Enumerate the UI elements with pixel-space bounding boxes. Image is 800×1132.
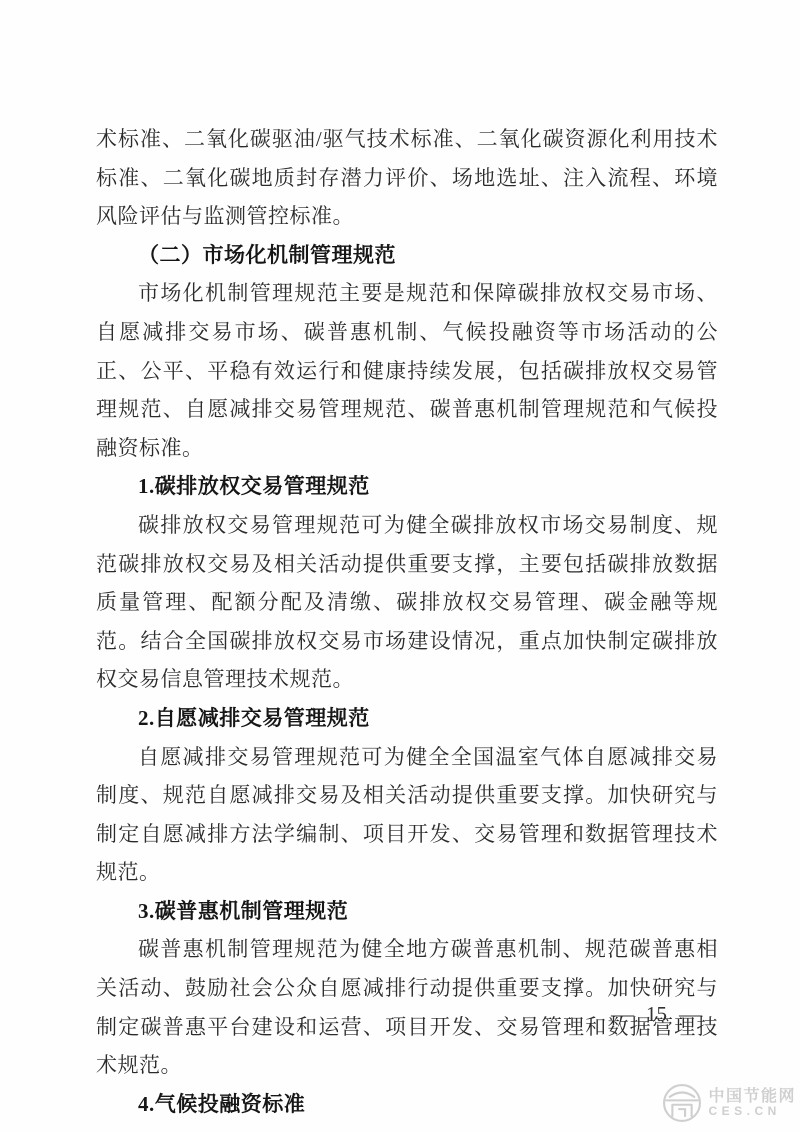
page-number: — 15 — [612, 1002, 701, 1027]
paragraph-voluntary-reduction-detail: 自愿减排交易管理规范可为健全全国温室气体自愿减排交易制度、规范自愿减排交易及相关… [96, 738, 718, 892]
paragraph-market-mechanism-overview: 市场化机制管理规范主要是规范和保障碳排放权交易市场、自愿减排交易市场、碳普惠机制… [96, 274, 718, 467]
document-body: 术标准、二氧化碳驱油/驱气技术标准、二氧化碳资源化利用技术标准、二氧化碳地质封存… [96, 120, 718, 1123]
watermark: 中国节能网 CES.CN [661, 1082, 796, 1124]
ces-logo-icon [661, 1082, 703, 1124]
section-heading-market-mechanism: （二）市场化机制管理规范 [96, 236, 718, 275]
watermark-site-domain: CES.CN [708, 1105, 796, 1118]
page-number-value: 15 [646, 1002, 667, 1027]
watermark-site-name: 中国节能网 [708, 1088, 796, 1106]
document-page: 术标准、二氧化碳驱油/驱气技术标准、二氧化碳资源化利用技术标准、二氧化碳地质封存… [0, 0, 800, 1132]
paragraph-emission-trading-detail: 碳排放权交易管理规范可为健全碳排放权市场交易制度、规范碳排放权交易及相关活动提供… [96, 506, 718, 699]
subheading-emission-trading: 1.碳排放权交易管理规范 [96, 467, 718, 506]
subheading-carbon-inclusion: 3.碳普惠机制管理规范 [96, 892, 718, 931]
paragraph-ccus-technical-standards: 术标准、二氧化碳驱油/驱气技术标准、二氧化碳资源化利用技术标准、二氧化碳地质封存… [96, 120, 718, 236]
subheading-climate-investment-financing: 4.气候投融资标准 [96, 1085, 718, 1124]
page-number-right-dash: — [679, 1002, 702, 1027]
subheading-voluntary-reduction-trading: 2.自愿减排交易管理规范 [96, 699, 718, 738]
page-number-left-dash: — [611, 1002, 634, 1027]
watermark-text: 中国节能网 CES.CN [708, 1088, 796, 1119]
